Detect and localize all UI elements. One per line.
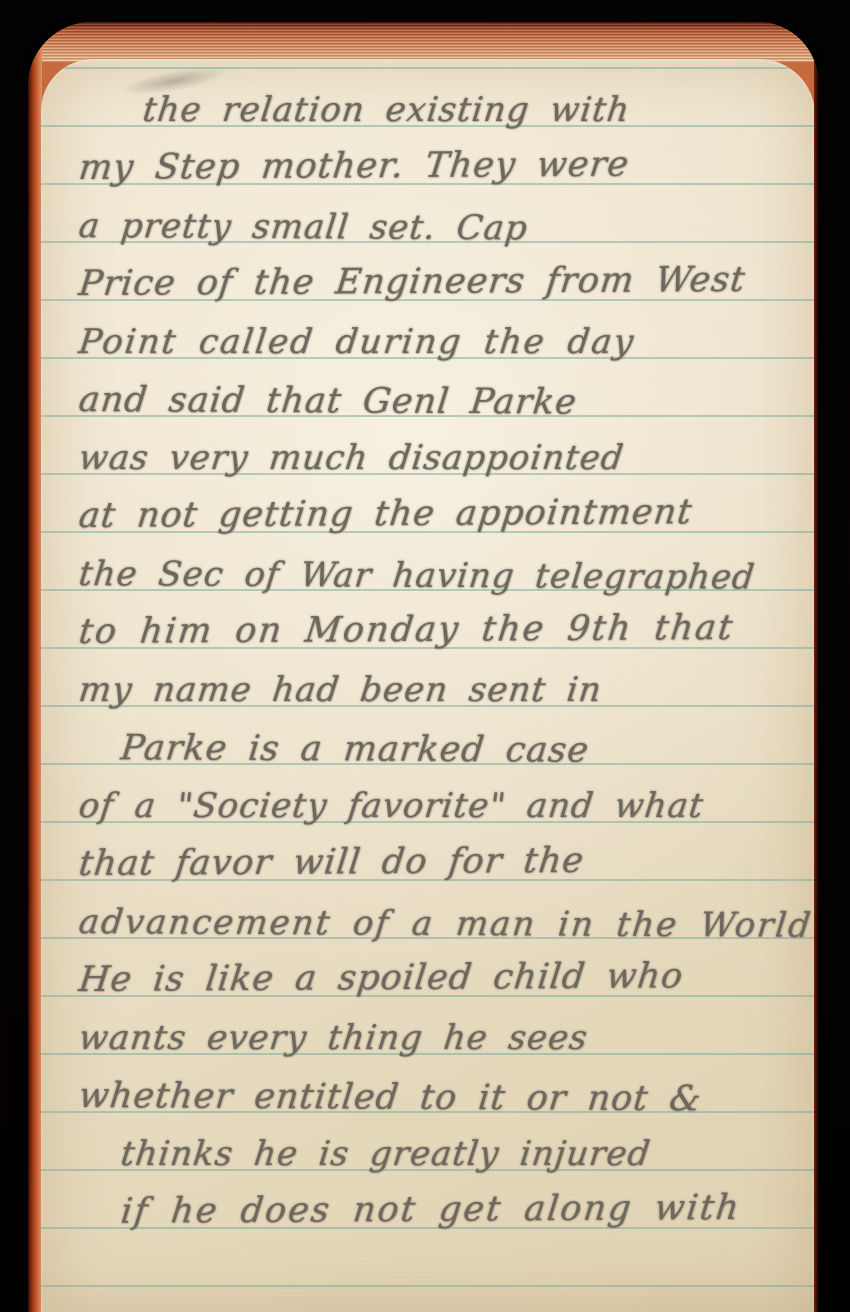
page-edge-stack-top <box>28 22 818 62</box>
handwriting-line: He is like a spoiled child who <box>76 947 809 1009</box>
handwriting-line: advancement of a man in the World <box>76 893 808 955</box>
handwriting-line: Price of the Engineers from West <box>76 251 809 313</box>
handwriting-line: Parke is a marked case <box>76 719 808 781</box>
handwriting-line: the Sec of War having telegraphed <box>76 545 808 607</box>
handwriting-line: wants every thing he sees <box>75 1009 808 1067</box>
photo-background: the relation existing withmy Step mother… <box>0 0 850 1312</box>
paper-surface: the relation existing withmy Step mother… <box>41 59 815 1312</box>
page-edge-right <box>814 22 818 1312</box>
handwriting-line: my Step mother. They were <box>76 135 809 197</box>
handwriting-line: a pretty small set. Cap <box>76 197 808 259</box>
notebook-page: the relation existing withmy Step mother… <box>28 22 818 1312</box>
handwriting-line: that favor will do for the <box>76 831 809 893</box>
handwriting-line: Point called during the day <box>75 313 808 371</box>
handwriting-line: thinks he is greatly injured <box>75 1125 808 1183</box>
handwriting-line: was very much disappointed <box>75 429 808 487</box>
handwriting-text: the relation existing withmy Step mother… <box>79 81 805 1241</box>
handwriting-line: the relation existing with <box>75 81 808 139</box>
handwriting-line: at not getting the appointment <box>76 483 809 545</box>
handwriting-line: to him on Monday the 9th that <box>76 599 809 661</box>
handwriting-line: of a "Society favorite" and what <box>75 777 808 835</box>
handwriting-line: my name had been sent in <box>75 661 808 719</box>
handwriting-line: and said that Genl Parke <box>76 371 808 433</box>
handwriting-line: whether entitled to it or not & <box>76 1067 808 1129</box>
page-edge-stack-left <box>28 22 42 1312</box>
handwriting-line: if he does not get along with <box>76 1179 809 1241</box>
